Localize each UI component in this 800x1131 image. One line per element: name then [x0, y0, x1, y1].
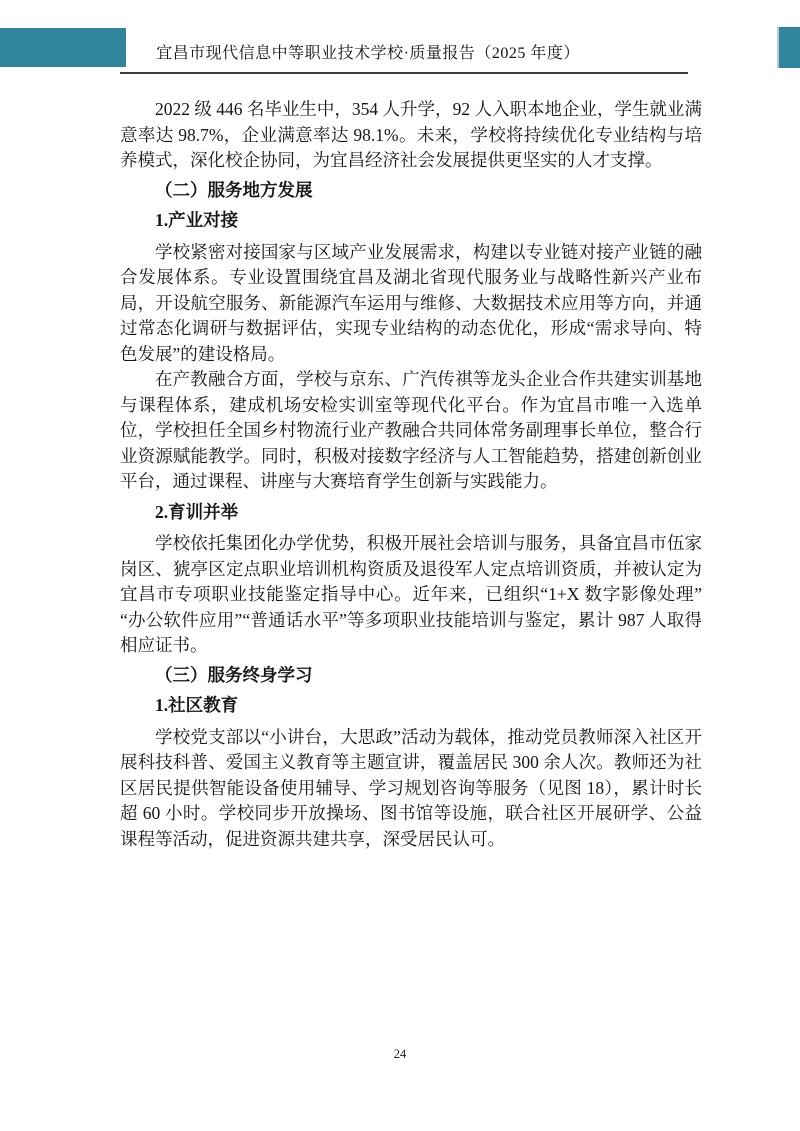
section-heading: （二）服务地方发展	[120, 178, 702, 204]
subsection-heading: 2.育训并举	[120, 500, 702, 526]
paragraph: 2022 级 446 名毕业生中，354 人升学，92 人入职本地企业，学生就业…	[120, 97, 702, 174]
section-heading: （三）服务终身学习	[120, 663, 702, 689]
document-body: 2022 级 446 名毕业生中，354 人升学，92 人入职本地企业，学生就业…	[120, 90, 702, 852]
header-title: 宜昌市现代信息中等职业技术学校·质量报告（2025 年度）	[84, 40, 652, 63]
paragraph: 学校党支部以“小讲台，大思政”活动为载体，推动党员教师深入社区开展科技科普、爱国…	[120, 725, 702, 853]
paragraph: 在产教融合方面，学校与京东、广汽传祺等龙头企业合作共建实训基地与课程体系，建成机…	[120, 367, 702, 495]
paragraph: 学校依托集团化办学优势，积极开展社会培训与服务，具备宜昌市伍家岗区、猇亭区定点职…	[120, 531, 702, 659]
paragraph: 学校紧密对接国家与区域产业发展需求，构建以专业链对接产业链的融合发展体系。专业设…	[120, 240, 702, 368]
page-number: 24	[0, 1047, 800, 1062]
header-rule	[120, 72, 688, 74]
subsection-heading: 1.社区教育	[120, 693, 702, 719]
accent-bar-right	[777, 27, 800, 68]
subsection-heading: 1.产业对接	[120, 208, 702, 234]
